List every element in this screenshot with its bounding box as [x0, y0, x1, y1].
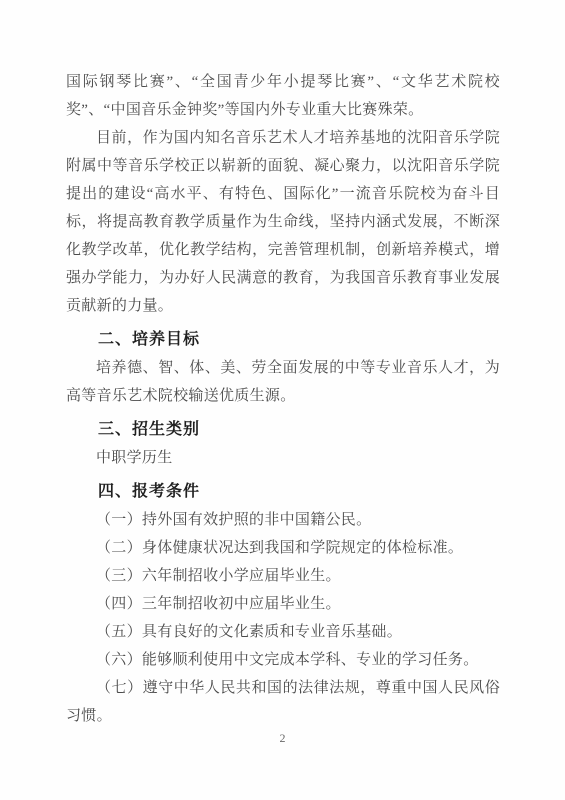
text-line: 贡献新的力量。 — [66, 292, 500, 320]
section-heading-training-goal: 二、培养目标 — [66, 326, 500, 354]
text-line: （六）能够顺利使用中文完成本学科、专业的学习任务。 — [66, 646, 500, 674]
text-line: （三）六年制招收小学应届毕业生。 — [66, 562, 500, 590]
text-line: 高等音乐艺术院校输送优质生源。 — [66, 382, 500, 410]
document-page: 国际钢琴比赛”、“全国青少年小提琴比赛”、“文华艺术院校奖”、“中国音乐金钟奖”… — [0, 0, 565, 800]
text-line: 强办学能力，为办好人民满意的教育，为我国音乐教育事业发展 — [66, 264, 500, 292]
text-line: （二）身体健康状况达到我国和学院规定的体检标准。 — [66, 534, 500, 562]
text-line: 奖”、“中国音乐金钟奖”等国内外专业重大比赛殊荣。 — [66, 96, 500, 124]
text-line: 国际钢琴比赛”、“全国青少年小提琴比赛”、“文华艺术院校 — [66, 68, 500, 96]
text-line: 附属中等音乐学校正以崭新的面貌、凝心聚力，以沈阳音乐学院 — [66, 152, 500, 180]
text-line: （七）遵守中华人民共和国的法律法规，尊重中国人民风俗 — [66, 674, 500, 702]
text-line: 中职学历生 — [66, 444, 500, 472]
document-body: 国际钢琴比赛”、“全国青少年小提琴比赛”、“文华艺术院校奖”、“中国音乐金钟奖”… — [66, 68, 500, 730]
text-line: （一）持外国有效护照的非中国籍公民。 — [66, 506, 500, 534]
text-line: 标，将提高教育教学质量作为生命线，坚持内涵式发展，不断深 — [66, 208, 500, 236]
text-line: 习惯。 — [66, 702, 500, 730]
text-line: 提出的建设“高水平、有特色、国际化”一流音乐院校为奋斗目 — [66, 180, 500, 208]
section-heading-enrollment-category: 三、招生类别 — [66, 416, 500, 444]
text-line: （五）具有良好的文化素质和专业音乐基础。 — [66, 618, 500, 646]
text-line: 化教学改革，优化教学结构，完善管理机制，创新培养模式，增 — [66, 236, 500, 264]
text-line: （四）三年制招收初中应届毕业生。 — [66, 590, 500, 618]
text-line: 培养德、智、体、美、劳全面发展的中等专业音乐人才，为 — [66, 354, 500, 382]
section-heading-application-requirements: 四、报考条件 — [66, 478, 500, 506]
page-number: 2 — [0, 730, 565, 746]
text-line: 目前，作为国内知名音乐艺术人才培养基地的沈阳音乐学院 — [66, 124, 500, 152]
